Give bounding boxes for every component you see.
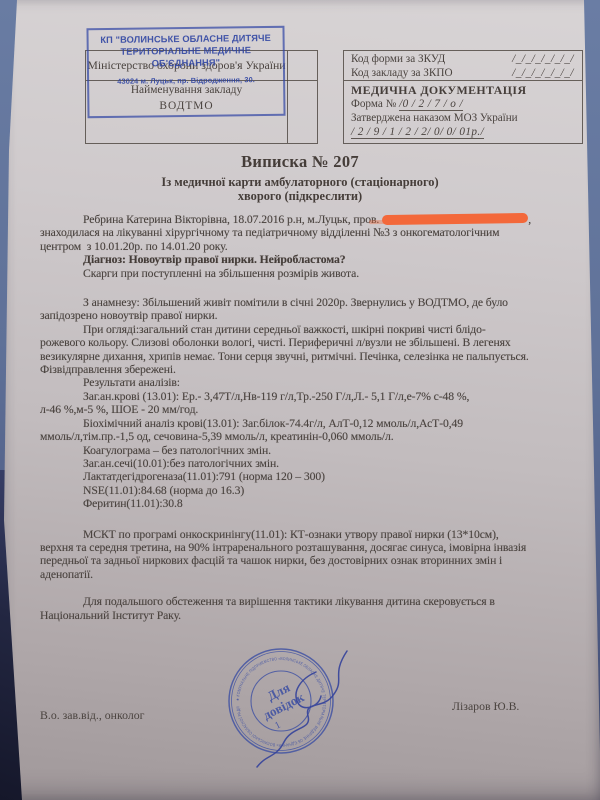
form-label: Форма № (351, 98, 399, 110)
rect-stamp-line: КП "ВОЛИНСЬКЕ ОБЛАСНЕ ДИТЯЧЕ (89, 33, 283, 45)
form-number-value: /0 / 2 / 7 / о / (399, 98, 463, 111)
institution-rect-stamp: КП "ВОЛИНСЬКЕ ОБЛАСНЕ ДИТЯЧЕ ТЕРИТОРІАЛЬ… (86, 26, 285, 118)
signatory-name: Лізаров Ю.В. (452, 699, 519, 714)
rect-stamp-address: 43024 м. Луцьк, пр. Відродження, 30. (89, 75, 283, 86)
order-number-row: / 2 / 9 / 1 / 2 / 2/ 0/ 0/ 01р./ (351, 126, 484, 138)
paragraph-examination: При огляді:загальний стан дитини середнь… (40, 323, 585, 377)
paragraph-urine-test: Заг.ан.сечі(10.01):без патологічних змін… (40, 457, 585, 470)
paragraph-anamnesis: З анамнезу: Збільшений живіт помітили в … (40, 296, 585, 323)
header-table-right: Код форми за ЗКУД /_/_/_/_/_/_/ Код закл… (343, 50, 583, 144)
code-form-label: Код форми за ЗКУД (351, 53, 445, 65)
rect-stamp-line: ТЕРИТОРІАЛЬНЕ МЕДИЧНЕ (89, 45, 283, 57)
code-facility-slots: /_/_/_/_/_/_/ (512, 67, 574, 79)
paragraph-blood-test: Заг.ан.крові (13.01): Ер.- 3,47Т/л,Нв-11… (40, 390, 585, 417)
medical-documentation-label: МЕДИЧНА ДОКУМЕНТАЦІЯ (351, 83, 526, 98)
paragraph-complaints: Скарги при поступленні на збільшення роз… (40, 267, 585, 280)
title-subtitle: хворого (підкреслити) (60, 190, 540, 204)
table-divider (287, 51, 288, 143)
paragraph-diagnosis: Діагноз: Новоутвір правої нирки. Нейробл… (40, 253, 585, 266)
code-form-row: Код форми за ЗКУД /_/_/_/_/_/_/ (351, 53, 574, 65)
paragraph-mskt: МСКТ по програмі онкоскринінгу(11.01): К… (40, 528, 585, 582)
order-number-value: / 2 / 9 / 1 / 2 / 2/ 0/ 0/ 01р./ (351, 126, 484, 139)
document-title-block: Виписка № 207 Із медичної карти амбулато… (60, 152, 540, 204)
signatory-title: В.о. зав.від., онколог (40, 708, 144, 723)
patient-info-tail: , (528, 213, 531, 226)
signature-flourish (296, 672, 321, 708)
paragraph-ldh: Лактатдегідрогеназа(11.01):791 (норма 12… (40, 470, 585, 483)
photo-of-document: Міністерство охорони здоров'я України На… (0, 0, 600, 800)
signature (195, 615, 385, 775)
paragraph-nse: NSE(11.01):84.68 (норма до 16.3) (40, 484, 585, 497)
paragraph-biochemistry: Біохімічний аналіз крові(13.01): Заг.біл… (40, 417, 585, 444)
code-facility-row: Код закладу за ЗКПО /_/_/_/_/_/_/ (351, 67, 574, 79)
paragraph-patient-rest: знаходилася на лікуванні хірургічному та… (40, 226, 585, 253)
document-page: Міністерство охорони здоров'я України На… (0, 0, 600, 800)
approved-label: Затверджена наказом МОЗ України (351, 112, 518, 124)
paragraph-patient-line: Ребрина Катерина Вікторівна, 18.07.2016 … (40, 213, 585, 226)
code-facility-label: Код закладу за ЗКПО (351, 67, 453, 79)
paragraph-results-label: Результати аналізів: (40, 376, 585, 389)
code-form-slots: /_/_/_/_/_/_/ (512, 53, 574, 65)
patient-info-text: Ребрина Катерина Вікторівна, 18.07.2016 … (83, 213, 379, 226)
rect-stamp-line: ОБ'ЄДНАННЯ" (89, 57, 283, 69)
document-body: Ребрина Катерина Вікторівна, 18.07.2016 … (40, 213, 585, 622)
redaction-bar (382, 213, 528, 225)
paragraph-ferritin: Феритин(11.01):30.8 (40, 497, 585, 510)
title-subtitle: Із медичної карти амбулаторного (стаціон… (60, 176, 540, 190)
form-number-row: Форма № /0 / 2 / 7 / о / (351, 98, 463, 110)
signature-stroke (257, 651, 347, 767)
table-divider (344, 80, 582, 81)
page-title: Виписка № 207 (60, 152, 540, 172)
paragraph-coagulogram: Коагулограма – без патологічних змін. (40, 444, 585, 457)
